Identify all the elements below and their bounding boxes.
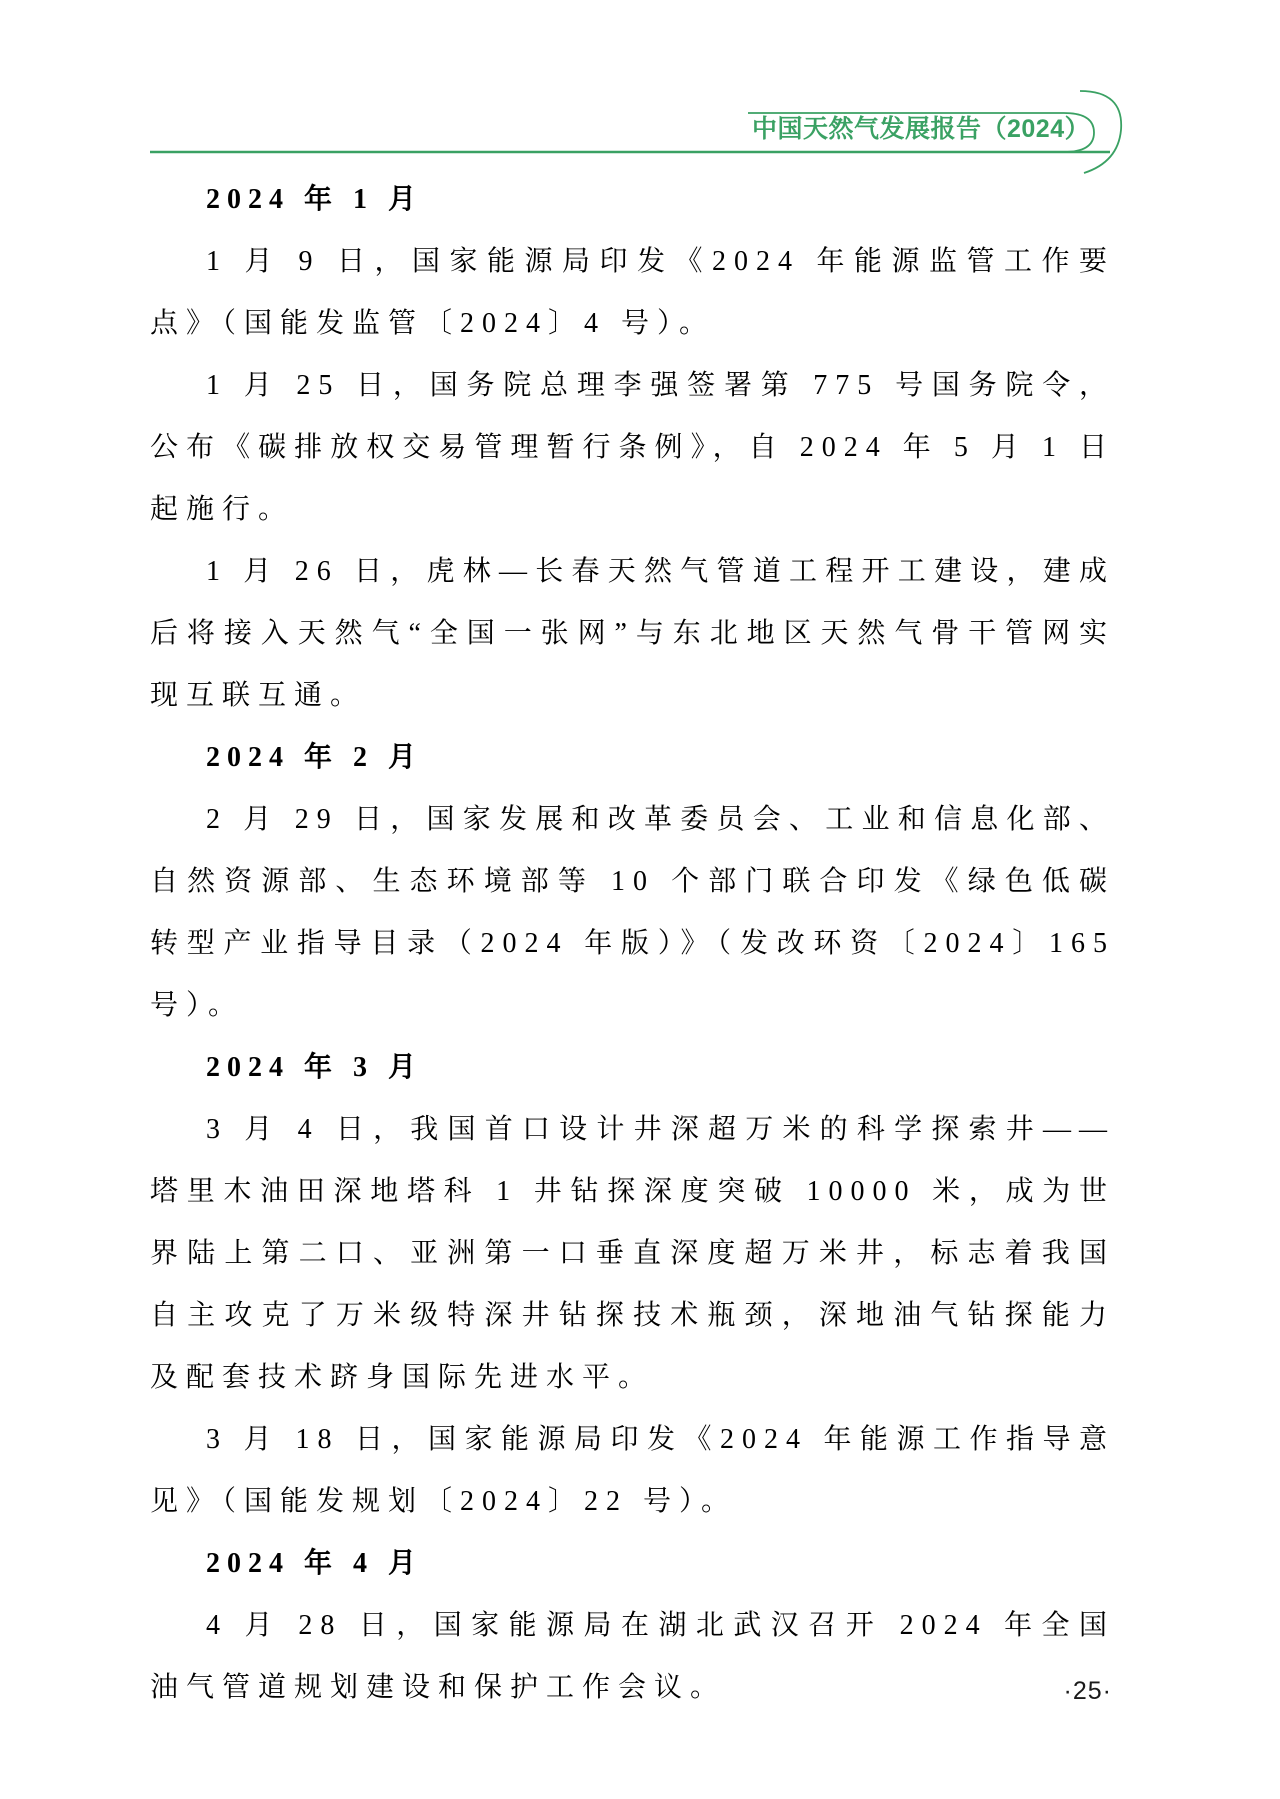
event-paragraph: 4 月 28 日，国家能源局在湖北武汉召开 2024 年全国油气管道规划建设和保… [150, 1595, 1115, 1719]
section-february: 2024 年 2 月 2 月 29 日，国家发展和改革委员会、工业和信息化部、自… [150, 727, 1115, 1037]
section-heading: 2024 年 4 月 [150, 1533, 1115, 1595]
event-paragraph: 1 月 26 日，虎林—长春天然气管道工程开工建设，建成后将接入天然气“全国一张… [150, 541, 1115, 727]
event-paragraph: 1 月 9 日，国家能源局印发《2024 年能源监管工作要点》（国能发监管〔20… [150, 231, 1115, 355]
event-paragraph: 1 月 25 日，国务院总理李强签署第 775 号国务院令，公布《碳排放权交易管… [150, 355, 1115, 541]
section-january: 2024 年 1 月 1 月 9 日，国家能源局印发《2024 年能源监管工作要… [150, 169, 1115, 727]
event-paragraph: 3 月 4 日，我国首口设计井深超万米的科学探索井——塔里木油田深地塔科 1 井… [150, 1099, 1115, 1409]
header-ribbon-decoration [0, 0, 1280, 190]
report-title: 中国天然气发展报告（2024） [752, 112, 1082, 146]
chronicle-content: 2024 年 1 月 1 月 9 日，国家能源局印发《2024 年能源监管工作要… [150, 169, 1115, 1719]
section-march: 2024 年 3 月 3 月 4 日，我国首口设计井深超万米的科学探索井——塔里… [150, 1037, 1115, 1533]
section-heading: 2024 年 1 月 [150, 169, 1115, 231]
section-april: 2024 年 4 月 4 月 28 日，国家能源局在湖北武汉召开 2024 年全… [150, 1533, 1115, 1719]
event-paragraph: 3 月 18 日，国家能源局印发《2024 年能源工作指导意见》（国能发规划〔2… [150, 1409, 1115, 1533]
report-page: 中国天然气发展报告（2024） 2024 年 1 月 1 月 9 日，国家能源局… [0, 0, 1280, 1799]
event-paragraph: 2 月 29 日，国家发展和改革委员会、工业和信息化部、自然资源部、生态环境部等… [150, 789, 1115, 1037]
page-number: ·25· [1064, 1676, 1112, 1706]
section-heading: 2024 年 3 月 [150, 1037, 1115, 1099]
section-heading: 2024 年 2 月 [150, 727, 1115, 789]
